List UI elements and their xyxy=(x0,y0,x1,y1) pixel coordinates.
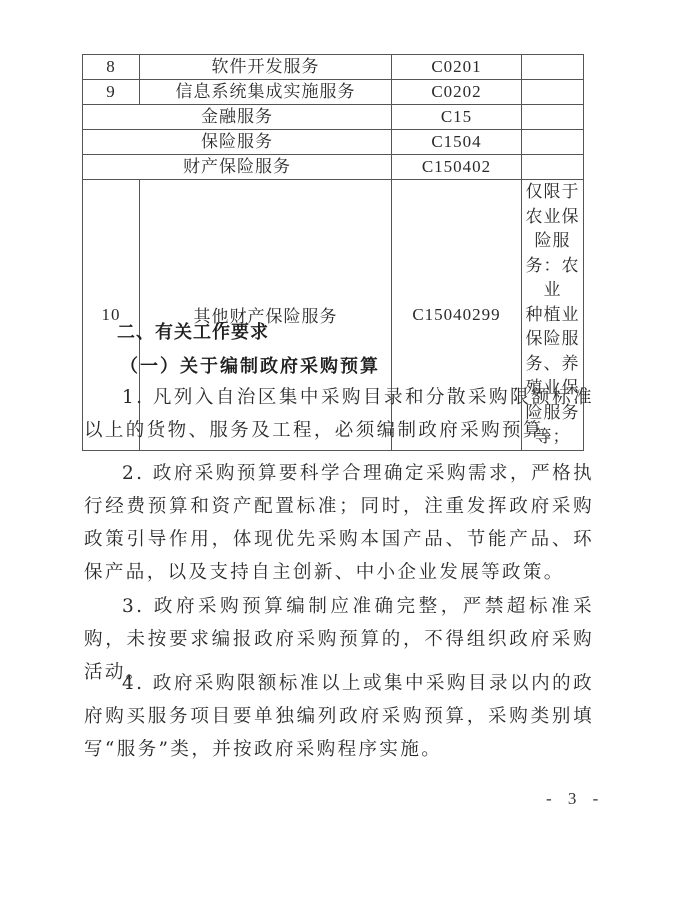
row-number: 9 xyxy=(83,80,140,105)
category-name: 金融服务 xyxy=(83,105,392,130)
page-number: - 3 - xyxy=(546,789,604,809)
row-number: 8 xyxy=(83,55,140,80)
category-code: C150402 xyxy=(392,155,522,180)
item-remark xyxy=(522,155,584,180)
category-name: 保险服务 xyxy=(83,130,392,155)
section-heading: 二、有关工作要求 xyxy=(117,318,269,344)
category-code: C15 xyxy=(392,105,522,130)
item-remark xyxy=(522,55,584,80)
table-row: 9 信息系统集成实施服务 C0202 xyxy=(83,80,584,105)
item-code: C0202 xyxy=(392,80,522,105)
table-row-category: 金融服务 C15 xyxy=(83,105,584,130)
item-name: 信息系统集成实施服务 xyxy=(140,80,392,105)
table-row-category: 财产保险服务 C150402 xyxy=(83,155,584,180)
remark-line: 种植业保险服 xyxy=(522,303,583,352)
item-remark xyxy=(522,105,584,130)
paragraph-1: 1. 凡列入自治区集中采购目录和分散采购限额标准以上的货物、服务及工程，必须编制… xyxy=(84,381,594,447)
document-page: 8 软件开发服务 C0201 9 信息系统集成实施服务 C0202 金融服务 C… xyxy=(0,0,673,904)
item-remark xyxy=(522,130,584,155)
remark-line: 仅限于农业保 xyxy=(522,180,583,229)
category-code: C1504 xyxy=(392,130,522,155)
paragraph-2: 2. 政府采购预算要科学合理确定采购需求，严格执行经费预算和资产配置标准；同时，… xyxy=(84,457,594,589)
item-code: C0201 xyxy=(392,55,522,80)
paragraph-4: 4. 政府采购限额标准以上或集中采购目录以内的政府购买服务项目要单独编列政府采购… xyxy=(84,667,594,766)
category-name: 财产保险服务 xyxy=(83,155,392,180)
item-name: 软件开发服务 xyxy=(140,55,392,80)
remark-line: 险服务：农业 xyxy=(522,229,583,303)
table-row: 8 软件开发服务 C0201 xyxy=(83,55,584,80)
table-row-category: 保险服务 C1504 xyxy=(83,130,584,155)
item-remark xyxy=(522,80,584,105)
subsection-heading: （一）关于编制政府采购预算 xyxy=(120,352,380,378)
